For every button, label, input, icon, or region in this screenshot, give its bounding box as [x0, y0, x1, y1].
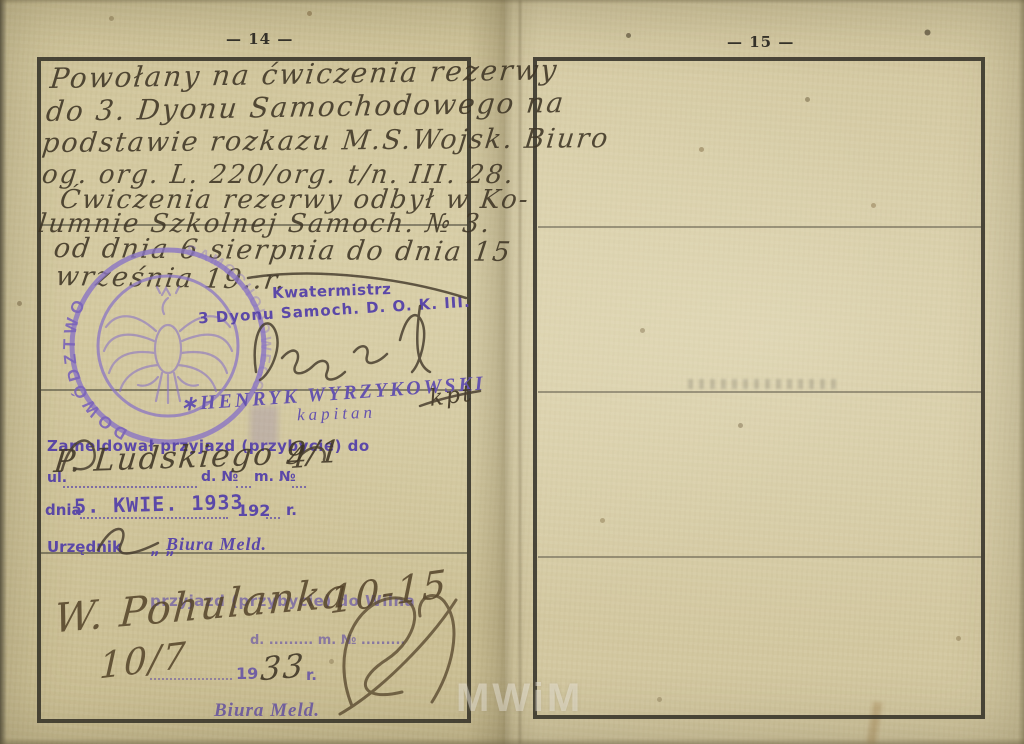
right-rule-1 [538, 226, 982, 228]
page-number-15: — 15 — [727, 33, 794, 51]
flourish-stroke [248, 274, 466, 298]
large-signature [340, 600, 456, 714]
scan-edge-right [1018, 0, 1024, 744]
flourish-stroke [62, 440, 95, 470]
right-rule-2 [538, 391, 982, 393]
right-rule-3 [538, 556, 982, 558]
flourish-stroke [300, 447, 325, 460]
watermark: MWiM [456, 676, 583, 721]
show-through-marks [688, 379, 838, 389]
large-signature [419, 595, 453, 702]
military-booklet-scan: — 14 — — 15 — Powołany na ćwiczenia reze… [0, 0, 1024, 744]
strike-stroke [420, 391, 480, 406]
signature-stroke [255, 323, 278, 380]
clerk-signature [98, 529, 158, 554]
large-signature [344, 598, 415, 706]
signature-stroke [354, 346, 387, 363]
ink-signatures-overlay [0, 0, 505, 744]
signature-stroke [282, 351, 345, 380]
